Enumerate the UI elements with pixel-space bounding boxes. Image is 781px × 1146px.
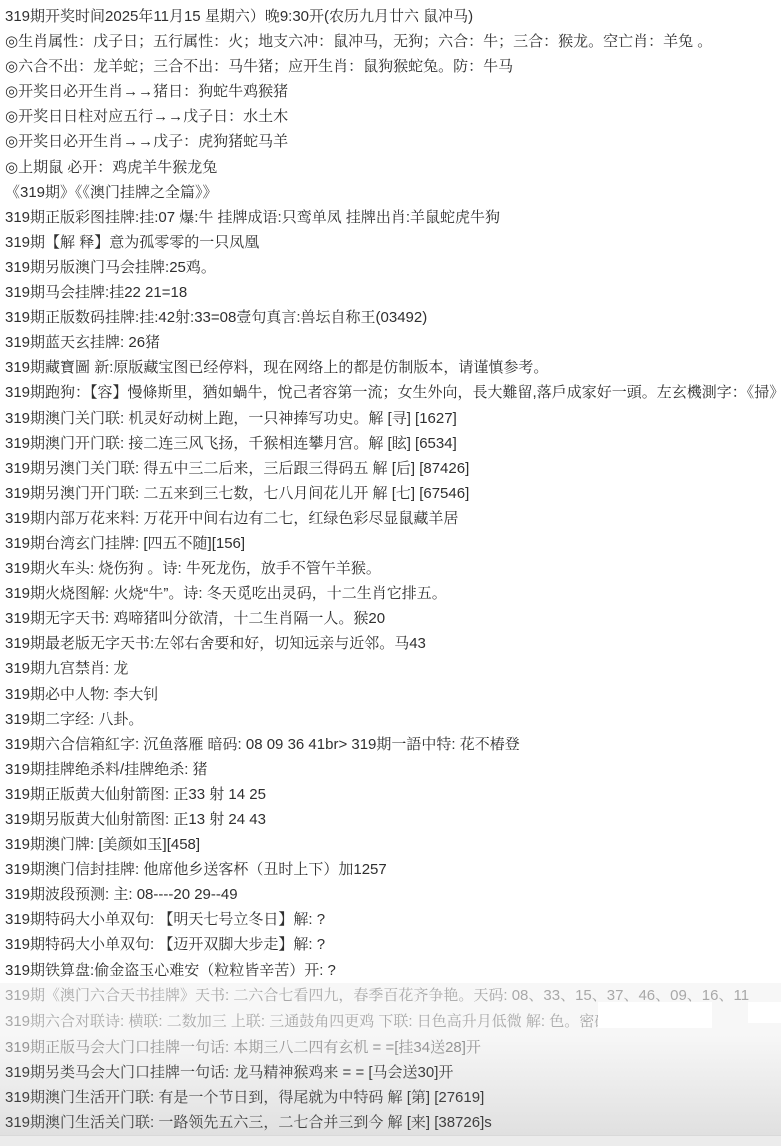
text-line: 319期火车头: 烧伤狗 。诗: 牛死龙伤，放手不管午羊猴。 [0, 556, 781, 581]
lottery-tips-page: { "colors": { "text": "#2f2f2f", "muted_… [0, 0, 781, 1146]
text-line: 319期澳门生活关门联: 一路领先五六三，二七合并三到今 解 [来] [3872… [0, 1110, 781, 1135]
text-line: 319期特码大小单双句: 【迈开双脚大步走】解: ? [0, 932, 781, 957]
text-line: 319期另澳门开门联: 二五来到三七数，七八月间花儿开 解 [七] [67546… [0, 481, 781, 506]
text-line: 319期澳门关门联: 机灵好动树上跑，一只神捧写功史。解 [寻] [1627] [0, 406, 781, 431]
text-line: 319期跑狗：【容】慢條斯里，猶如蝸牛，悅己者容第一流；女生外向，長大難留,落戶… [0, 380, 781, 405]
text-line: 319期开奖时间2025年11月15 星期六）晚9:30开(农历九月廿六 鼠冲马… [0, 4, 781, 29]
text-line: 319期六合信箱紅字: 沉鱼落雁 暗码: 08 09 36 41br> 319期… [0, 732, 781, 757]
text-line: 319期九宫禁肖: 龙 [0, 656, 781, 681]
text-line: 319期无字天书: 鸡啼猪叫分欲清，十二生肖隔一人。猴20 [0, 606, 781, 631]
text-line: 319期澳门信封挂牌: 他席他乡送客杯（丑时上下）加1257 [0, 857, 781, 882]
text-line: ◎生肖属性：戊子日；五行属性：火；地支六冲：鼠冲马，无狗；六合：牛；三合：猴龙。… [0, 29, 781, 54]
text-line: 《319期》《《澳门挂牌之全篇》》 [0, 180, 781, 205]
text-line: 319期澳门牌: [美颜如玉][458] [0, 832, 781, 857]
text-line: ◎六合不出：龙羊蛇；三合不出：马牛猪；应开生肖：鼠狗猴蛇兔。防：牛马 [0, 54, 781, 79]
text-line: 319期澳门生活开门联: 有是一个节日到，得尾就为中特码 解 [第] [2761… [0, 1085, 781, 1110]
text-line: ◎开奖日必开生肖→→猪日：狗蛇牛鸡猴猪 [0, 79, 781, 104]
text-line: 319期蓝天玄挂牌: 26猪 [0, 330, 781, 355]
text-line: 319期另版澳门马会挂牌:25鸡。 [0, 255, 781, 280]
main-text-block: 319期开奖时间2025年11月15 星期六）晚9:30开(农历九月廿六 鼠冲马… [0, 0, 781, 983]
text-line: 319期正版黄大仙射箭图: 正33 射 14 25 [0, 782, 781, 807]
text-line: ◎上期鼠 必开：鸡虎羊牛猴龙兔 [0, 155, 781, 180]
text-line: 319期另类马会大门口挂牌一句话: 龙马精神猴鸡来 = = [马会送30]开 [0, 1060, 781, 1085]
text-line: 319期台湾玄门挂牌: [四五不随][156] [0, 531, 781, 556]
text-line: 319期二字经: 八卦。 [0, 707, 781, 732]
text-line: 319期最老版无字天书:左邻右舍要和好，切知远亲与近邻。马43 [0, 631, 781, 656]
text-line: 319期特码大小单双句: 【明天七号立冬日】解: ? [0, 907, 781, 932]
text-line: 319期正版马会大门口挂牌一句话: 本期三八二四有玄机 = =[挂34送28]开 [0, 1035, 781, 1060]
highlight-patch [598, 1002, 712, 1028]
text-line: 319期波段预测: 主: 08----20 29--49 [0, 882, 781, 907]
text-line: 319期【解 释】意为孤零零的一只凤凰 [0, 230, 781, 255]
text-line: 319期藏寶圖 新:原版藏宝图已经停料，现在网络上的都是仿制版本，请谨慎参考。 [0, 355, 781, 380]
text-line: 319期必中人物: 李大钊 [0, 682, 781, 707]
text-line: 319期内部万花来料: 万花开中间右边有二七，红绿色彩尽显鼠藏羊居 [0, 506, 781, 531]
bottom-bar [0, 1135, 781, 1146]
text-line: 319期火烧图解: 火烧“牛”。诗: 冬天觅吃出灵码，十二生肖它排五。 [0, 581, 781, 606]
text-line: 319期马会挂牌:挂22 21=18 [0, 280, 781, 305]
text-line: 319期正版彩图挂牌:挂:07 爆:牛 挂牌成语:只鸾单凤 挂牌出肖:羊鼠蛇虎牛… [0, 205, 781, 230]
text-line: ◎开奖日日柱对应五行→→戊子日：水土木 [0, 104, 781, 129]
text-line: 319期澳门开门联: 接二连三风飞扬，千猴相连攀月宫。解 [眩] [6534] [0, 431, 781, 456]
muted-note-block: 319期《澳门六合天书挂牌》天书: 二六合七看四九，春季百花齐争艳。天码: 08… [0, 983, 781, 1035]
text-line: ◎开奖日必开生肖→→戊子：虎狗猪蛇马羊 [0, 129, 781, 154]
text-line: 319期另澳门关门联: 得五中三二后来，三后跟三得码五 解 [后] [87426… [0, 456, 781, 481]
highlight-patch [748, 1002, 781, 1023]
footer-banner-block: 319期正版马会大门口挂牌一句话: 本期三八二四有玄机 = =[挂34送28]开… [0, 1035, 781, 1135]
text-line: 319期铁算盘:偷金盗玉心难安（粒粒皆辛苦）开: ? [0, 958, 781, 983]
text-line: 319期正版数码挂牌:挂:42射:33=08壹句真言:兽坛自称王(03492) [0, 305, 781, 330]
text-line: 319期挂牌绝杀料/挂牌绝杀: 猪 [0, 757, 781, 782]
text-line: 319期另版黄大仙射箭图: 正13 射 24 43 [0, 807, 781, 832]
